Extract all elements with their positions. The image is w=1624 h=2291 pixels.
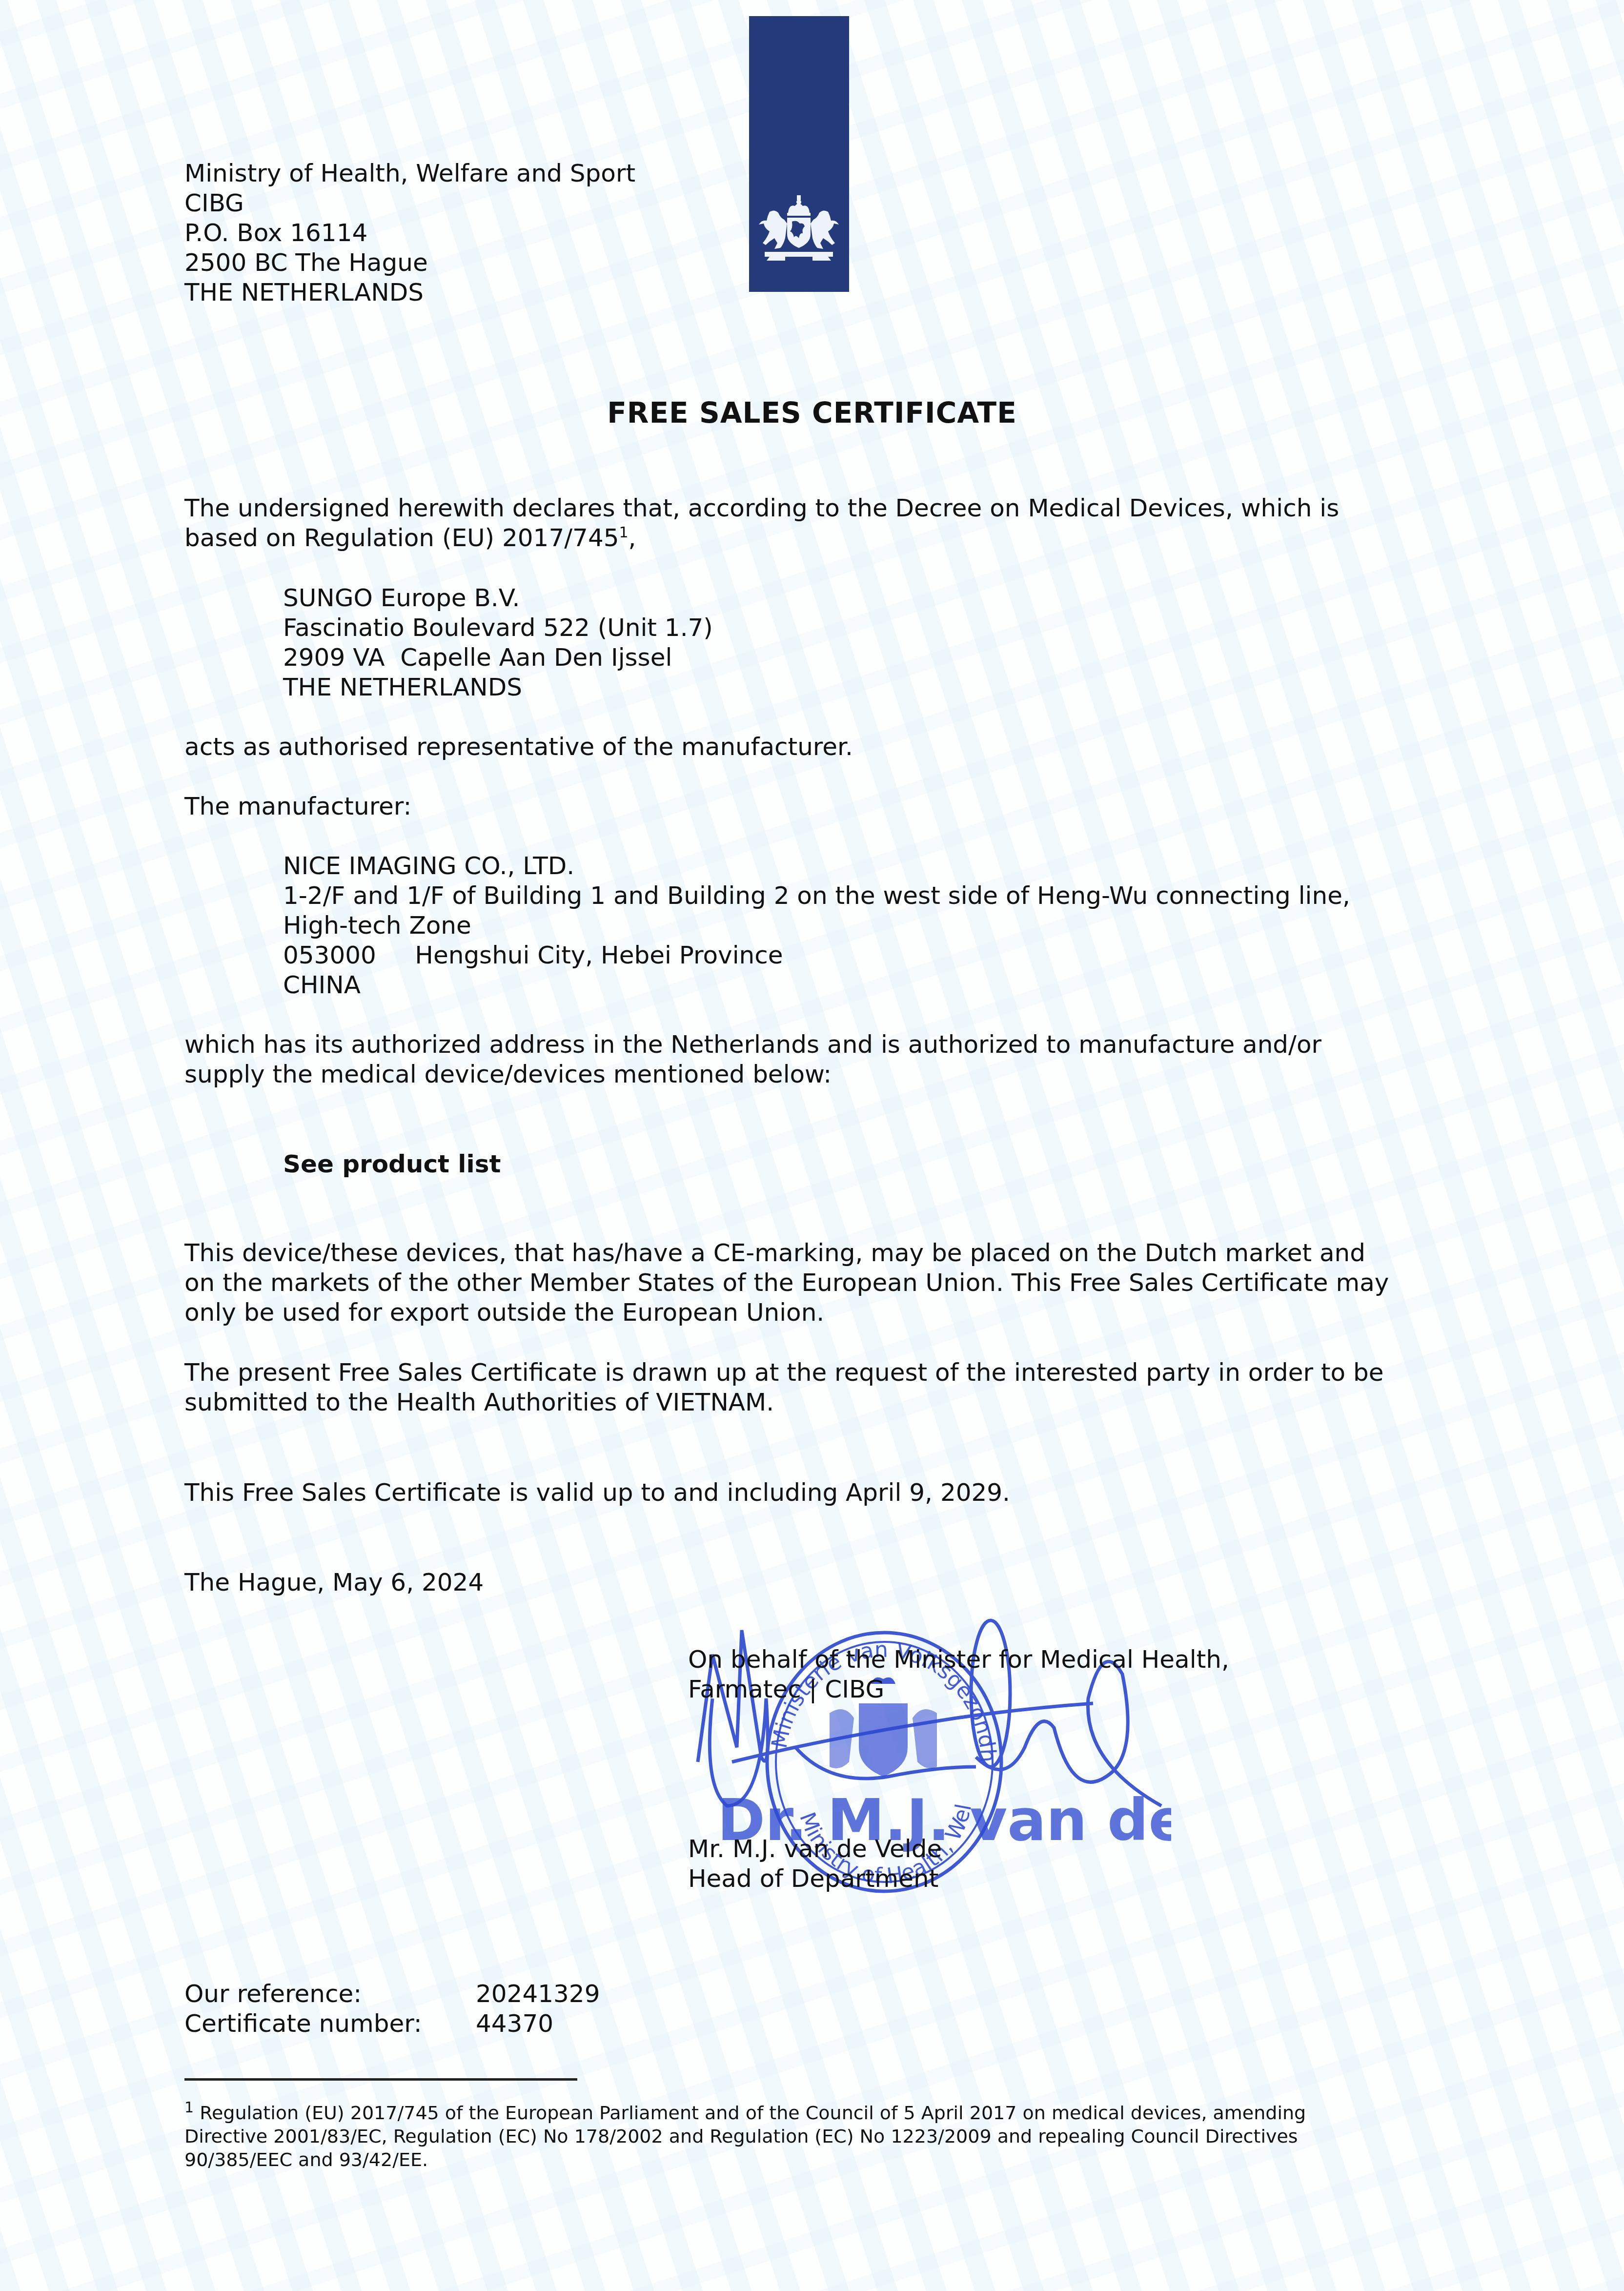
ce-marking-paragraph: This device/these devices, that has/have… [184, 1238, 1389, 1328]
representative-line: Fascinatio Boulevard 522 (Unit 1.7) [283, 613, 713, 643]
certificate-number-label: Certificate number: [184, 2009, 422, 2038]
request-line: submitted to the Health Authorities of V… [184, 1388, 1384, 1417]
intro-line: The undersigned herewith declares that, … [184, 493, 1339, 523]
footnote: 1 Regulation (EU) 2017/745 of the Europe… [184, 2101, 1380, 2171]
intro-punctuation: , [629, 524, 636, 552]
paper-background [0, 0, 1624, 2291]
manufacturer-line: CHINA [283, 970, 1350, 1000]
intro-paragraph: The undersigned herewith declares that, … [184, 493, 1339, 553]
signatory-position: Head of Department [688, 1864, 938, 1894]
ce-line: only be used for export outside the Euro… [184, 1298, 1389, 1328]
our-reference-label: Our reference: [184, 1980, 362, 2008]
footnote-mark: 1 [184, 2099, 194, 2116]
on-behalf-line: On behalf of the Minister for Medical He… [688, 1645, 1229, 1675]
sender-line: THE NETHERLANDS [184, 278, 635, 307]
manufacturer-line: 1-2/F and 1/F of Building 1 and Building… [283, 881, 1350, 911]
place-and-date: The Hague, May 6, 2024 [184, 1568, 484, 1597]
signatory-name: Mr. M.J. van de Velde [688, 1834, 942, 1864]
device-list-reference: See product list [283, 1149, 501, 1179]
authorization-line: supply the medical device/devices mentio… [184, 1060, 1321, 1089]
authorization-line: which has its authorized address in the … [184, 1030, 1321, 1060]
our-reference-value: 20241329 [476, 1979, 600, 2009]
sender-line: 2500 BC The Hague [184, 248, 635, 278]
document-title: FREE SALES CERTIFICATE [0, 396, 1624, 430]
footnote-text: Regulation (EU) 2017/745 of the European… [184, 2102, 1306, 2170]
our-reference-row: Our reference: 20241329 [184, 1979, 362, 2009]
department-line: Farmatec | CIBG [688, 1675, 884, 1704]
manufacturer-address: NICE IMAGING CO., LTD. 1-2/F and 1/F of … [283, 851, 1350, 1000]
manufacturer-line: NICE IMAGING CO., LTD. [283, 851, 1350, 881]
sender-line: P.O. Box 16114 [184, 218, 635, 248]
representative-line: SUNGO Europe B.V. [283, 583, 713, 613]
royal-coat-of-arms-icon [755, 194, 843, 265]
sender-address: Ministry of Health, Welfare and Sport CI… [184, 159, 635, 307]
manufacturer-label: The manufacturer: [184, 792, 411, 821]
sender-line: CIBG [184, 188, 635, 218]
representative-line: 2909 VA Capelle Aan Den Ijssel [283, 643, 713, 673]
footnote-reference[interactable]: 1 [619, 524, 629, 541]
sender-line: Ministry of Health, Welfare and Sport [184, 159, 635, 188]
intro-text: based on Regulation (EU) 2017/745 [184, 524, 619, 552]
certificate-number-row: Certificate number: 44370 [184, 2009, 422, 2039]
validity-statement: This Free Sales Certificate is valid up … [184, 1478, 1010, 1508]
representative-role: acts as authorised representative of the… [184, 732, 853, 762]
ce-line: This device/these devices, that has/have… [184, 1238, 1389, 1268]
government-logo-banner [749, 16, 849, 292]
certificate-number-value: 44370 [476, 2009, 553, 2039]
footnote-divider [184, 2078, 577, 2081]
ce-line: on the markets of the other Member State… [184, 1268, 1389, 1298]
representative-line: THE NETHERLANDS [283, 673, 713, 702]
request-line: The present Free Sales Certificate is dr… [184, 1358, 1384, 1388]
intro-line: based on Regulation (EU) 2017/7451, [184, 523, 1339, 553]
request-paragraph: The present Free Sales Certificate is dr… [184, 1358, 1384, 1417]
representative-address: SUNGO Europe B.V. Fascinatio Boulevard 5… [283, 583, 713, 702]
authorization-paragraph: which has its authorized address in the … [184, 1030, 1321, 1089]
manufacturer-line: 053000 Hengshui City, Hebei Province [283, 941, 1350, 970]
manufacturer-line: High-tech Zone [283, 911, 1350, 941]
